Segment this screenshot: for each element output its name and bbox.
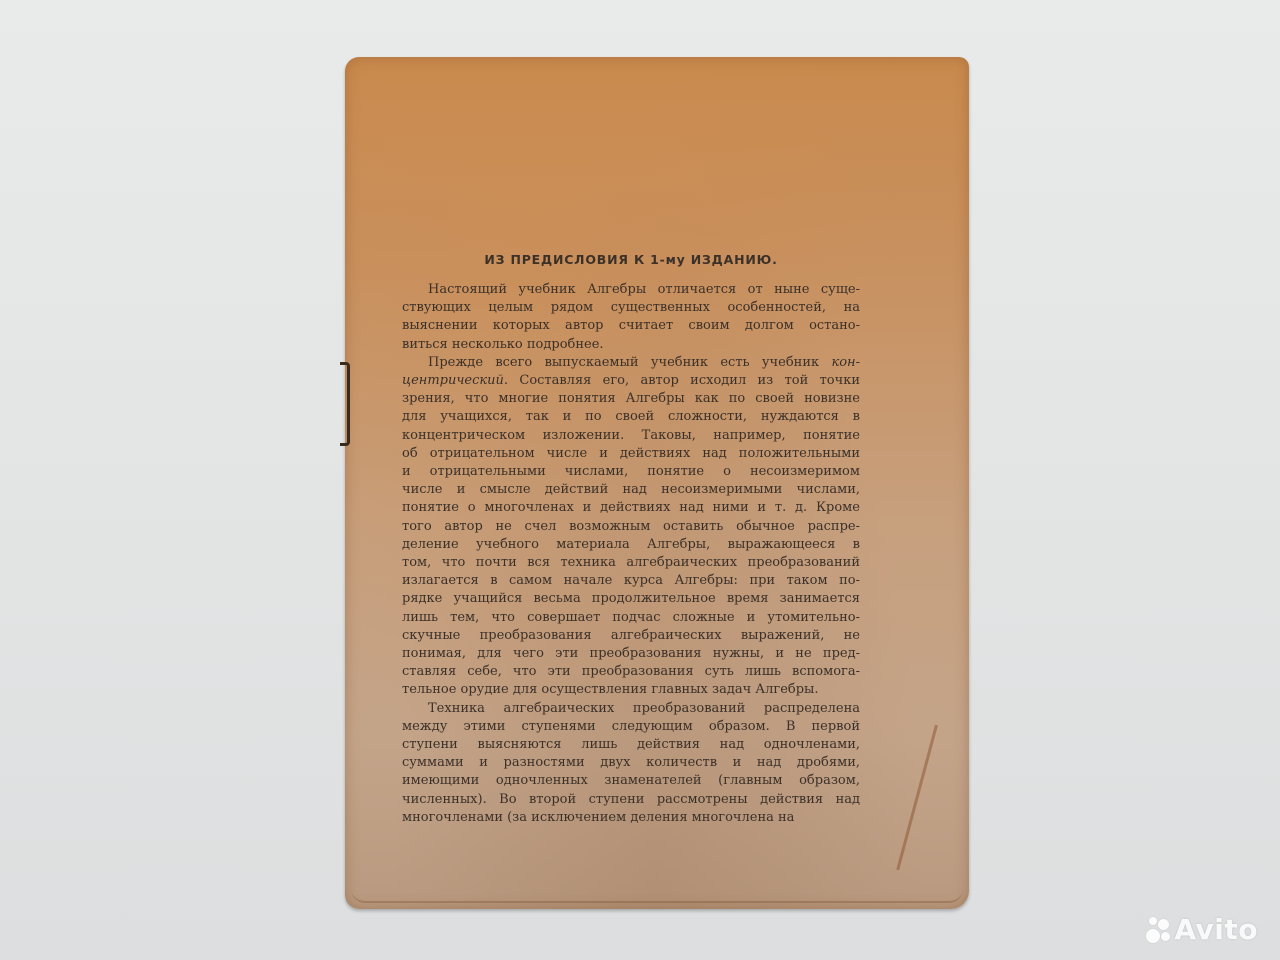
text-line: Прежде всего выпускаемый учебник есть уч… xyxy=(402,354,860,372)
text-line: между этими ступенями следующим образом.… xyxy=(402,718,860,736)
paragraph-2: Прежде всего выпускаемый учебник есть уч… xyxy=(402,354,860,700)
text-line: и отрицательными числами, понятие о несо… xyxy=(402,463,860,481)
text-line: ставляя себе, что эти преобразования сут… xyxy=(402,663,860,681)
text-line: имеющими одночленных знаменателей (главн… xyxy=(402,772,860,790)
text-line: центрический. Составляя его, автор исход… xyxy=(402,372,860,390)
text-line: концентрическом изложении. Таковы, напри… xyxy=(402,427,860,445)
text-line: Техника алгебраических преобразований ра… xyxy=(402,700,860,718)
text-line: ступени выясняются лишь действия над одн… xyxy=(402,736,860,754)
text-line: понимая, для чего эти преобразования нуж… xyxy=(402,645,860,663)
text-line: Настоящий учебник Алгебры отличается от … xyxy=(402,281,860,299)
text-line: деление учебного материала Алгебры, выра… xyxy=(402,536,860,554)
text-line: лишь тем, что совершает подчас сложные и… xyxy=(402,609,860,627)
page-heading: ИЗ ПРЕДИСЛОВИЯ К 1-му ИЗДАНИЮ. xyxy=(402,252,860,267)
text-line: численных). Во второй ступени рассмотрен… xyxy=(402,791,860,809)
avito-watermark: Avito xyxy=(1146,913,1258,946)
text-line: излагается в самом начале курса Алгебры:… xyxy=(402,572,860,590)
text-line: суммами и разностями двух количеств и на… xyxy=(402,754,860,772)
paragraph-1: Настоящий учебник Алгебры отличается от … xyxy=(402,281,860,354)
text-line: выяснении которых автор считает своим до… xyxy=(402,317,860,335)
text-line: рядке учащийся весьма продолжительное вр… xyxy=(402,590,860,608)
text-line: скучные преобразования алгебраических вы… xyxy=(402,627,860,645)
avito-dots-icon xyxy=(1146,917,1172,943)
text-line: зрения, что многие понятия Алгебры как п… xyxy=(402,390,860,408)
binding-staple xyxy=(340,362,350,446)
text-line: том, что почти вся техника алгебраически… xyxy=(402,554,860,572)
text-line: для учащихся, так и по своей сложности, … xyxy=(402,408,860,426)
text-line: ствующих целым рядом существенных особен… xyxy=(402,299,860,317)
text-line: об отрицательном числе и действиях над п… xyxy=(402,445,860,463)
text-line: тельное орудие для осуществления главных… xyxy=(402,681,860,699)
text-line: понятие о многочленах и действиях над ни… xyxy=(402,499,860,517)
watermark-text: Avito xyxy=(1174,913,1258,946)
text-line: того автор не счел возможным оставить об… xyxy=(402,518,860,536)
text-line: виться несколько подробнее. xyxy=(402,336,860,354)
page-text: ИЗ ПРЕДИСЛОВИЯ К 1-му ИЗДАНИЮ. Настоящий… xyxy=(402,252,860,827)
text-line: числе и смысле действий над несоизмеримы… xyxy=(402,481,860,499)
paragraph-3: Техника алгебраических преобразований ра… xyxy=(402,700,860,827)
text-line: многочленами (за исключением деления мно… xyxy=(402,809,860,827)
